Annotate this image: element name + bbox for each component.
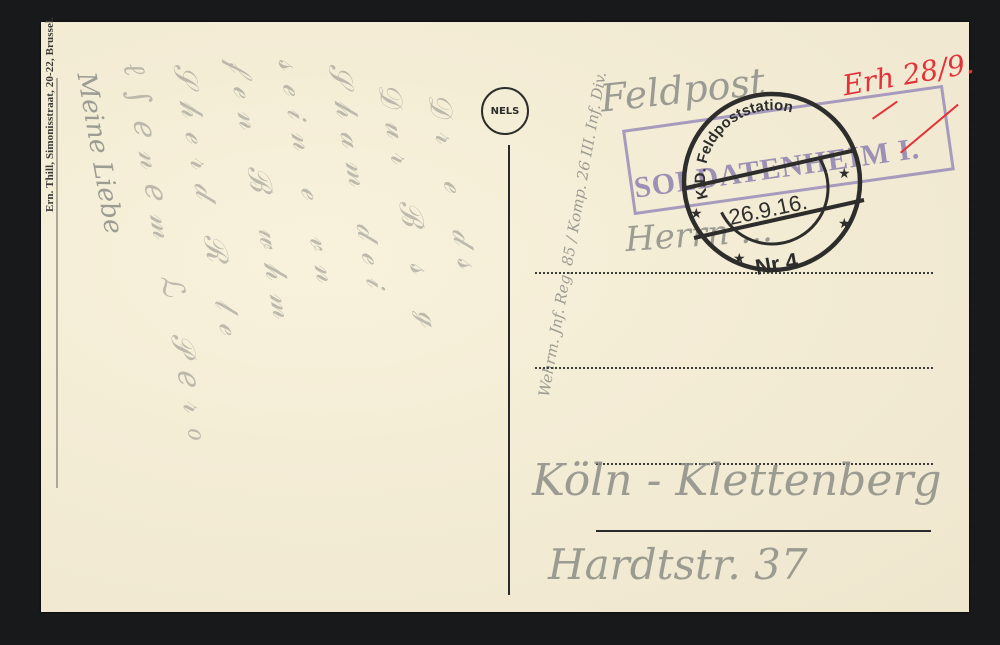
margin-rule	[56, 78, 58, 488]
star-icon: ★	[838, 217, 851, 232]
address-line-2	[535, 367, 933, 369]
address-line-4	[596, 530, 931, 532]
star-icon: ★	[838, 167, 851, 182]
address-street: Hardtstr. 37	[548, 540, 808, 589]
postmark-top-text: K.D. Feldpoststation	[692, 97, 795, 201]
star-icon: ★	[690, 207, 703, 222]
star-icon: ★	[733, 252, 746, 267]
postmark-date: 26.9.16.	[726, 189, 809, 230]
postmark-number: Nr 4	[753, 248, 800, 276]
address-city: Köln - Klettenberg	[532, 455, 942, 506]
publisher-imprint: Ern. Thill, Simonisstraat, 20-22, Brusse…	[44, 17, 56, 212]
nels-logo: NELS	[481, 87, 529, 135]
center-divider	[508, 145, 510, 595]
postmark-stamp: K.D. Feldpoststation 26.9.16. Nr 4 ★ ★ ★…	[678, 88, 866, 276]
perforated-edge	[965, 22, 973, 612]
svg-text:K.D. Feldpoststation: K.D. Feldpoststation	[692, 97, 795, 201]
